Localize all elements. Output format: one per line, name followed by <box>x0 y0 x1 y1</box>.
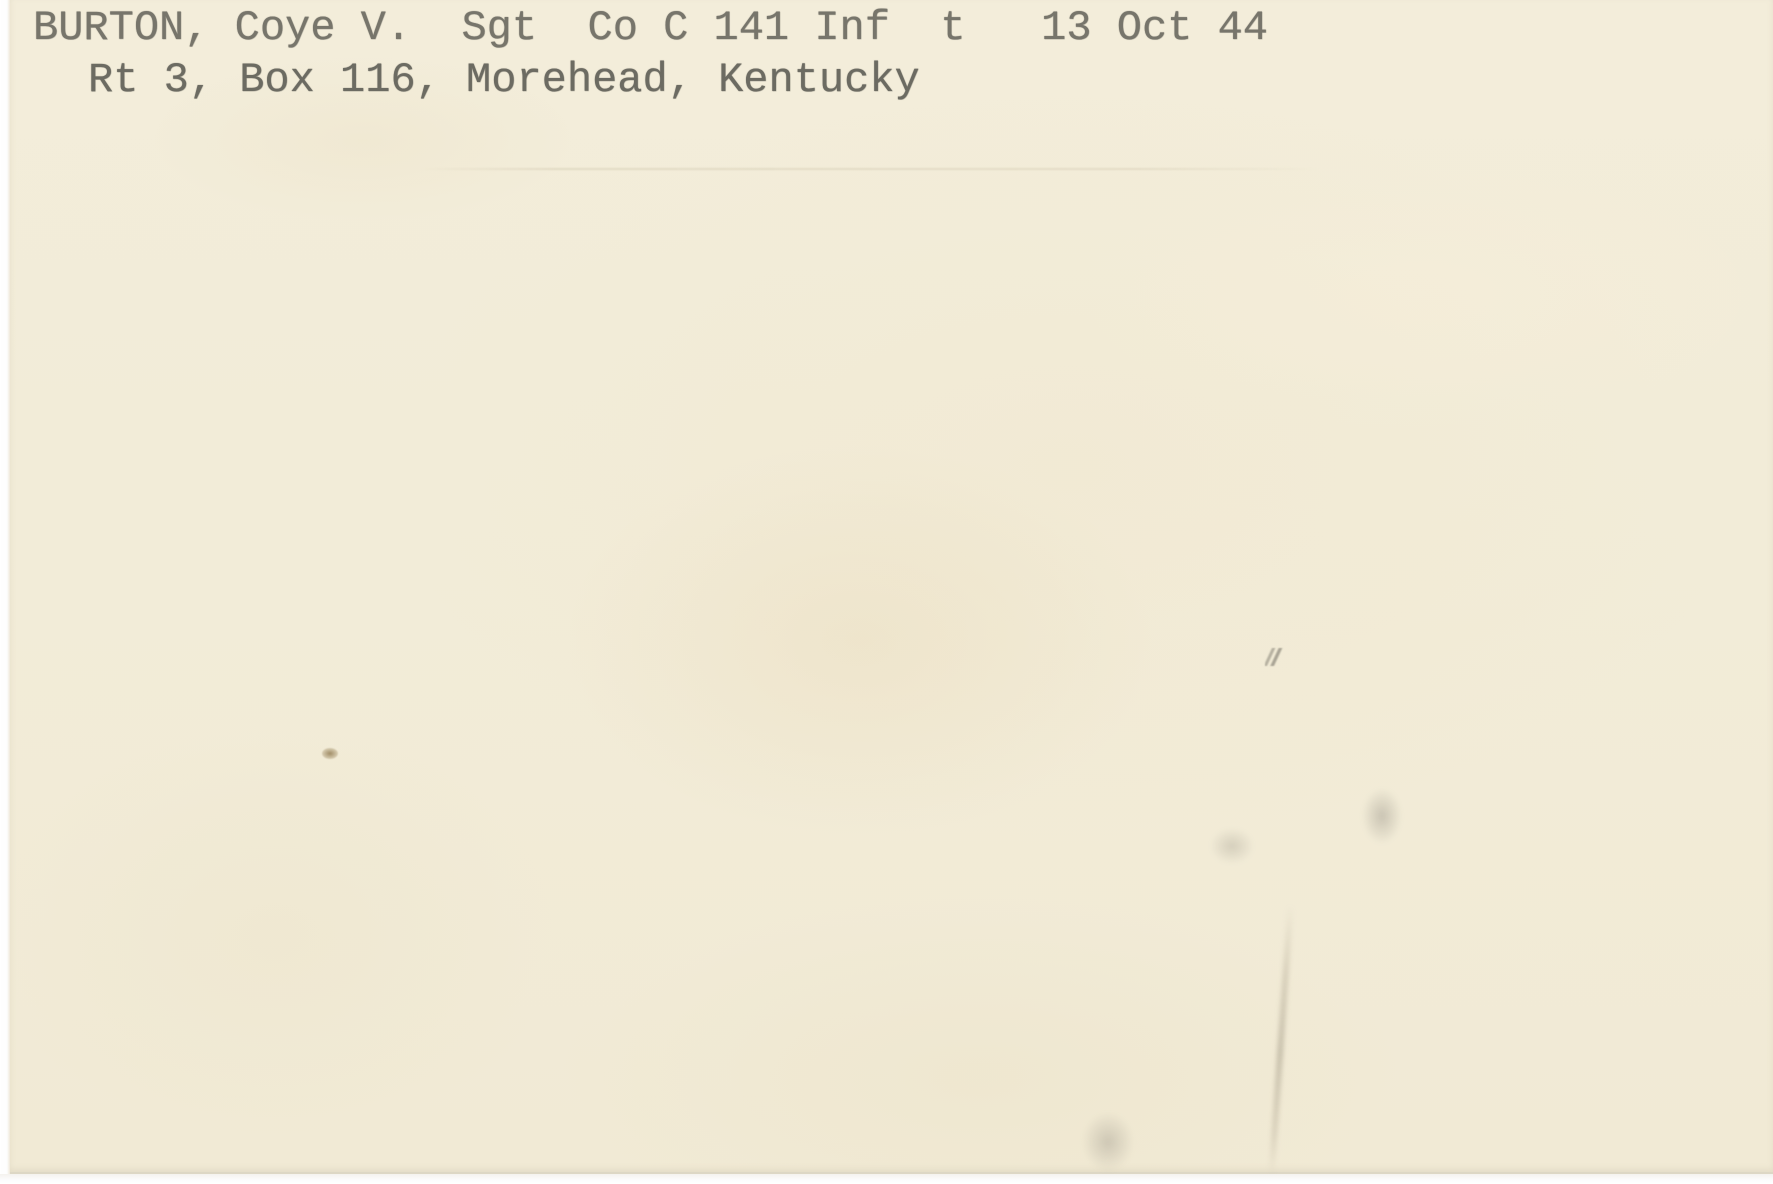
card-typed-line-2: Rt 3, Box 116, Morehead, Kentucky <box>88 54 920 106</box>
index-card: BURTON, Coye V. Sgt Co C 141 Inf t 13 Oc… <box>10 0 1773 1174</box>
paper-crease-streak <box>1269 905 1294 1175</box>
faint-pencil-mark <box>1265 648 1287 666</box>
gray-smudge-stain <box>1082 1112 1134 1172</box>
gray-smudge-stain <box>1362 788 1402 844</box>
brown-speck-stain <box>322 748 338 759</box>
scan-margin-left <box>0 0 10 1184</box>
scan-margin-bottom <box>0 1174 1773 1184</box>
faint-ruled-line <box>420 168 1320 170</box>
card-typed-line-1: BURTON, Coye V. Sgt Co C 141 Inf t 13 Oc… <box>33 2 1268 54</box>
gray-smudge-stain <box>1210 828 1254 864</box>
